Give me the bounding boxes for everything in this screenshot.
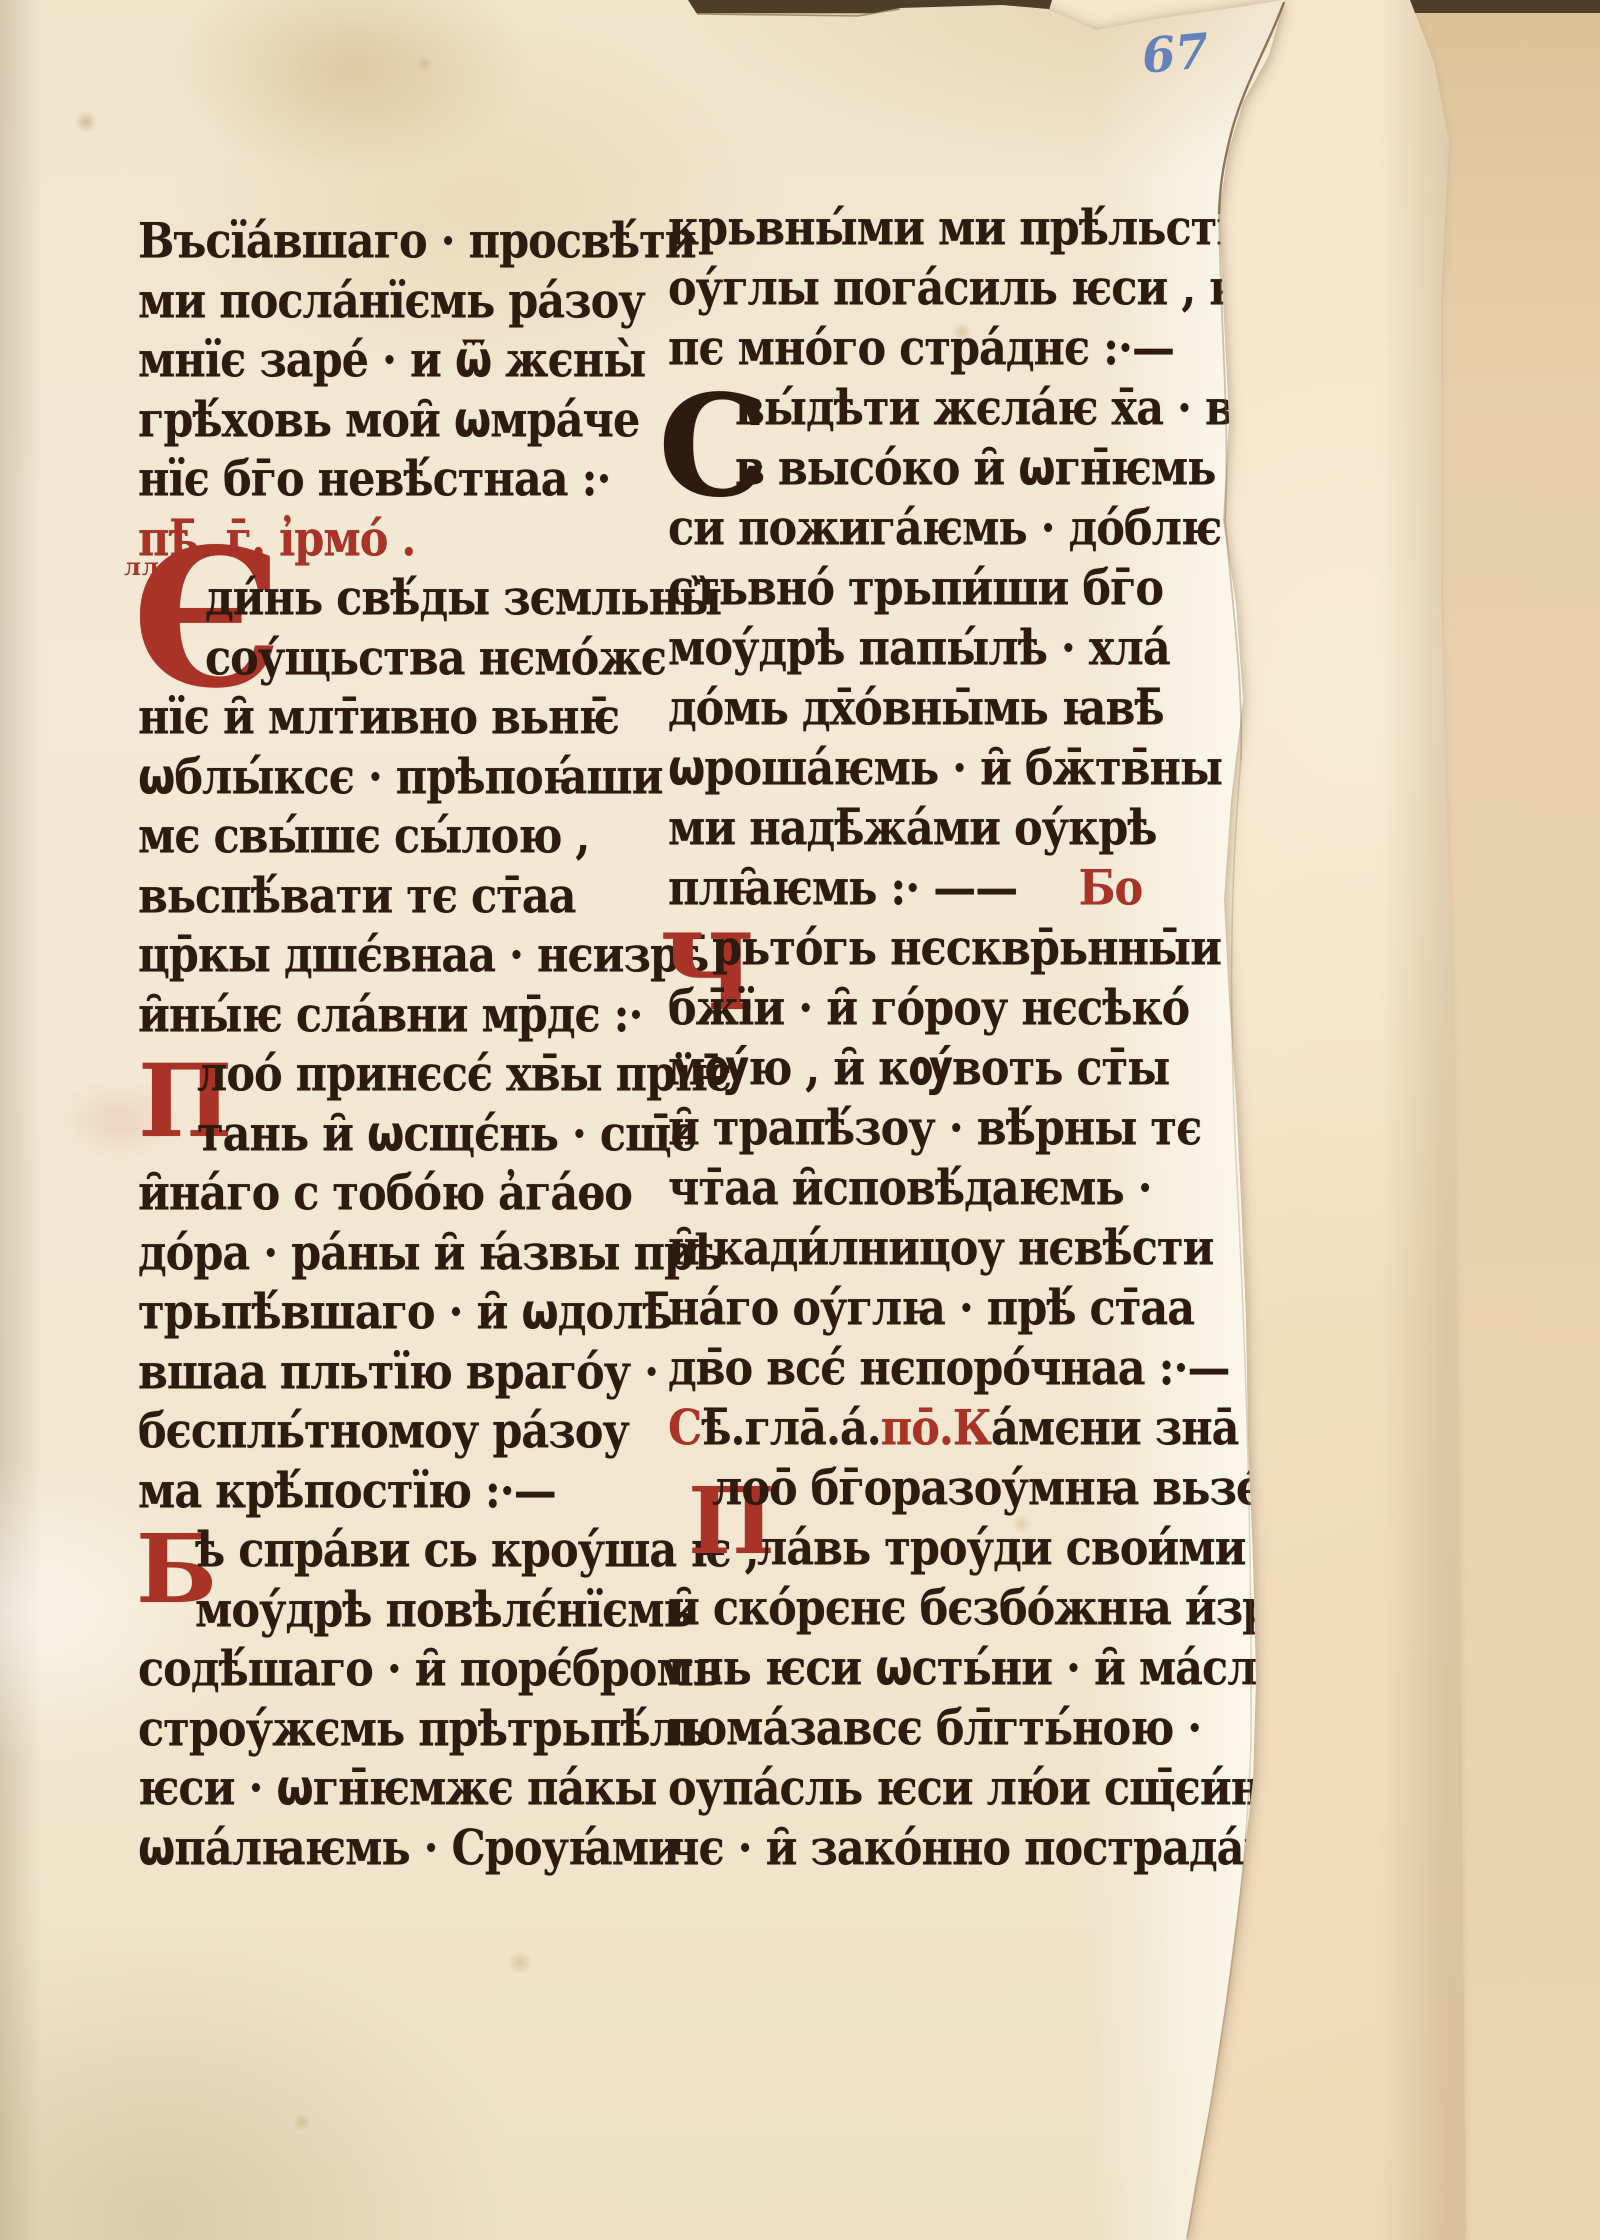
ink-text: оупа́сль ѥси лю́и сщ̄єи́ни [668, 1760, 1292, 1817]
text-line: грѣ́ховь мои̑ ѡмра́че [138, 393, 678, 453]
text-line: ми посла́нїємь ра́зоу [138, 274, 678, 334]
text-line: оупа́сль ѥси лю́и сщ̄єи́ни [668, 1760, 1246, 1820]
text-line: трьпѣ́вшаго · и̑ ѡдолѣ̄ [138, 1285, 678, 1345]
ink-text: ѥси · ѡгн̄ѥмжє па́кы [138, 1760, 656, 1817]
manuscript-leaf-wrap: 67 лл ЄПБВъсїа́вшаго · просвѣ́тими посла… [0, 0, 1600, 2240]
ink-text: нїє бг̄о невѣ́стнаа :· [138, 451, 610, 508]
text-line: и̑ ско́рєнє бєзбо́жнꙗ и́зрь [668, 1580, 1246, 1640]
text-line: соу́щьства нємо́жє [138, 631, 678, 691]
text-line: ди́нь свѣ́ды зємльны̏ [138, 571, 678, 631]
ink-text: моу́дрѣ папы́лѣ · хла́ [668, 620, 1170, 677]
ink-text: нїє и̑ млт̄ивно вьнѥ̄ [138, 689, 619, 746]
ink-text: крьвны́ми ми прѣ́льстнїє [668, 200, 1287, 257]
text-line: мнїє заре́ · и ѿ жєны̀ [138, 333, 678, 393]
rubric-text: С [668, 1400, 701, 1457]
text-line: и̑ трапѣ́зоу · вѣ́рны тє [668, 1100, 1246, 1160]
ink-text: оу́глы пога́силь ѥси , ка́р [668, 260, 1295, 317]
text-line: ѡпа́лꙗѥмь · Сроуꙗ́ми [138, 1821, 678, 1881]
text-line: гль ѥси ѡсть́ни · и̑ ма́слїю [668, 1640, 1246, 1700]
text-line: мє свы́шє сы́лою , [138, 809, 678, 869]
text-line: моу́дрѣ повѣлє́нїємь [138, 1583, 678, 1643]
text-line: в высо́ко и̑ ѡгн̄ѥмь прь [668, 440, 1246, 500]
ink-text: ѡблы́ксє · прѣпоꙗ́ши [138, 749, 663, 806]
text-line: моу́дрѣ папы́лѣ · хла́ [668, 620, 1246, 680]
text-line: цр̄кы дшє́внаа · нєизрѣ̄ [138, 928, 678, 988]
text-line: пѣ̄. г̄. і̓рмо́ . [138, 512, 678, 572]
ink-text: мє свы́шє сы́лою , [138, 808, 589, 865]
rubric-text: по̄. [881, 1400, 953, 1457]
text-line: до́ра · ра́ны и̑ ꙗ́звы прѣ [138, 1226, 678, 1286]
ink-text: пома́завсє бл̄гть́ною · [668, 1700, 1201, 1757]
ink-text: а́мєни зна̄ :·— [991, 1400, 1323, 1457]
ink-text: си пожига́ѥмь · до́блѥ [668, 500, 1221, 557]
text-line: вьспѣ́вати тє ст̄аа [138, 869, 678, 929]
text-line: лоо̄ бг̄оразоу́мнꙗ вьзє́ [668, 1460, 1246, 1520]
text-line: строу́жємь прѣтрьпѣ́ль [138, 1702, 678, 1762]
ink-text: чє · и̑ зако́нно пострада́вь [668, 1820, 1301, 1877]
text-line: крьвны́ми ми прѣ́льстнїє [668, 200, 1246, 260]
ink-text: до́мь дх̄о́вны̄мь ꙗвѣ̄ [668, 680, 1164, 737]
text-line: пє мно́го стра́днє :·— [668, 320, 1246, 380]
text-line: ѥси · ѡгн̄ѥмжє па́кы [138, 1761, 678, 1821]
text-line: нїє и̑ млт̄ивно вьнѥ̄ [138, 690, 678, 750]
text-line: Сѣ̄.гла̄.а́.по̄.Ка́мєни зна̄ :·— [668, 1400, 1246, 1460]
ink-text: ми надѣ̄жа́ми оу́крѣ [668, 800, 1157, 857]
ink-text: строу́жємь прѣтрьпѣ́ль [138, 1701, 707, 1758]
text-line: нїє бг̄о невѣ́стнаа :· [138, 452, 678, 512]
ink-text: Въсїа́вшаго · просвѣ́ти [138, 213, 696, 270]
ink-text: и̑ трапѣ́зоу · вѣ́рны тє [668, 1100, 1201, 1157]
text-line: бєспль́тномоу ра́зоу [138, 1404, 678, 1464]
manuscript-leaf: 67 лл ЄПБВъсїа́вшаго · просвѣ́тими посла… [0, 0, 1600, 2240]
ink-text: ма крѣ́постїю :·— [138, 1463, 556, 1520]
text-line: дв̄о всє́ нєпоро́чнаа :·— [668, 1340, 1246, 1400]
text-line: и̑на́го с тобо́ю а̓га́ѳо [138, 1166, 678, 1226]
text-line: си пожига́ѥмь · до́блѥ [668, 500, 1246, 560]
ink-text: плꙗ̑ѥмь :· —— [668, 860, 1017, 917]
ink-text: ла́вь троу́ди свои́ми · [757, 1520, 1273, 1577]
text-line: бж̄їи · и̑ го́роу нєсѣко́ [668, 980, 1246, 1040]
text-line: плꙗ̑ѥмь :· —— Бо [668, 860, 1246, 920]
text-line: ѡблы́ксє · прѣпоꙗ́ши [138, 750, 678, 810]
text-line: Въсїа́вшаго · просвѣ́ти [138, 214, 678, 274]
ink-text: мѹ́ю , и̑ кѹ́воть ст̄ы [668, 1040, 1169, 1097]
ink-text: трьпѣ́вшаго · и̑ ѡдолѣ̄ [138, 1284, 672, 1341]
ink-text: бж̄їи · и̑ го́роу нєсѣко́ [668, 980, 1189, 1037]
ink-text: и̑ кади́лницоу нєвѣ́сти [668, 1220, 1213, 1277]
text-line: ѡроша́ѥмь · и̑ бж̄тв̄ны [668, 740, 1246, 800]
ink-text: ми посла́нїємь ра́зоу [138, 273, 645, 330]
text-line: ми надѣ̄жа́ми оу́крѣ [668, 800, 1246, 860]
ink-text: рьто́гь нєсквр̄ьнны̄и [712, 920, 1221, 977]
ink-text: ди́нь свѣ́ды зємльны̏ [205, 570, 721, 627]
ink-text: цр̄кы дшє́внаа · нєизрѣ̄ [138, 927, 708, 984]
text-line: чє · и̑ зако́нно пострада́вь [668, 1820, 1246, 1880]
ink-text: гль ѥси ѡсть́ни · и̑ ма́слїю [668, 1640, 1315, 1697]
text-line: стьвно́ трьпи́ши бг̄о [668, 560, 1246, 620]
ink-text: на́го оу́глꙗ · прѣ́ ст̄аа [668, 1280, 1194, 1337]
text-line: пома́завсє бл̄гть́ною · [668, 1700, 1246, 1760]
ink-text: пє мно́го стра́днє :·— [668, 320, 1174, 377]
ink-text: и̑на́го с тобо́ю а̓га́ѳо [138, 1165, 632, 1222]
ink-text: в высо́ко и̑ ѡгн̄ѥмь прь [735, 440, 1317, 497]
ink-text: вы́дѣти жєла́ѥ х̄а · ви́сє [735, 380, 1315, 437]
rubric-text: К [953, 1400, 991, 1457]
ink-text: лоо̄ бг̄оразоу́мнꙗ вьзє́ [712, 1460, 1261, 1517]
text-line: ма крѣ́постїю :·— [138, 1464, 678, 1524]
folio-number: 67 [1140, 23, 1211, 85]
text-column-right: СЧПкрьвны́ми ми прѣ́льстнїєоу́глы пога́с… [668, 200, 1246, 1880]
rubric-text: Бо [1017, 860, 1142, 917]
text-line: на́го оу́глꙗ · прѣ́ ст̄аа [668, 1280, 1246, 1340]
ink-text: тань и̑ ѡсщє́нь · сщ̄є [197, 1106, 696, 1163]
ink-text: соу́щьства нємо́жє [205, 630, 666, 687]
ink-text: ѡпа́лꙗѥмь · Сроуꙗ́ми [138, 1820, 679, 1877]
ink-text: дв̄о всє́ нєпоро́чнаа :·— [668, 1340, 1229, 1397]
text-line: до́мь дх̄о́вны̄мь ꙗвѣ̄ [668, 680, 1246, 740]
text-line: мѹ́ю , и̑ кѹ́воть ст̄ы [668, 1040, 1246, 1100]
text-line: тань и̑ ѡсщє́нь · сщ̄є [138, 1107, 678, 1167]
ink-text: мнїє заре́ · и ѿ жєны̀ [138, 332, 645, 389]
text-line: и̑ кади́лницоу нєвѣ́сти [668, 1220, 1246, 1280]
ink-text: содѣ́шаго · и̑ порє́бромь [138, 1641, 721, 1698]
ink-text: чт̄аа и̑сповѣ́даѥмь · [668, 1160, 1152, 1217]
rubric-text: пѣ̄. г̄. і̓рмо́ . [138, 511, 415, 568]
ink-text: вьспѣ́вати тє ст̄аа [138, 868, 576, 925]
manuscript-photo: 67 лл ЄПБВъсїа́вшаго · просвѣ́тими посла… [0, 0, 1600, 2240]
text-column-left: ЄПБВъсїа́вшаго · просвѣ́тими посла́нїємь… [138, 214, 678, 1880]
ink-text: бєспль́тномоу ра́зоу [138, 1403, 629, 1460]
ink-text: моу́дрѣ повѣлє́нїємь [195, 1582, 692, 1639]
ink-text: до́ра · ра́ны и̑ ꙗ́звы прѣ [138, 1225, 722, 1282]
ink-text: стьвно́ трьпи́ши бг̄о [668, 560, 1163, 617]
text-line: чт̄аа и̑сповѣ́даѥмь · [668, 1160, 1246, 1220]
text-line: вшаа пльтїю враго́у · [138, 1345, 678, 1405]
text-line: лоо́ принєсє́ хв̄ы прїѥ̄ [138, 1047, 678, 1107]
ink-text: вшаа пльтїю враго́у · [138, 1344, 658, 1401]
ink-text: и̑ ско́рєнє бєзбо́жнꙗ и́зрь [668, 1580, 1299, 1637]
text-line: и̑ны́ѥ сла́вни мр̄дє :· [138, 988, 678, 1048]
ink-text: ѣ̄.гла̄.а́. [701, 1400, 881, 1457]
ink-text: ѡроша́ѥмь · и̑ бж̄тв̄ны [668, 740, 1222, 797]
text-line: рьто́гь нєсквр̄ьнны̄и [668, 920, 1246, 980]
ink-text: грѣ́ховь мои̑ ѡмра́че [138, 392, 639, 449]
text-line: вы́дѣти жєла́ѥ х̄а · ви́сє [668, 380, 1246, 440]
text-line: оу́глы пога́силь ѥси , ка́р [668, 260, 1246, 320]
text-line: содѣ́шаго · и̑ порє́бромь [138, 1642, 678, 1702]
ink-text: лоо́ принєсє́ хв̄ы прїѥ̄ [197, 1046, 731, 1103]
ink-text: и̑ны́ѥ сла́вни мр̄дє :· [138, 987, 643, 1044]
text-line: ѣ спра́ви сь кроу́ша ѥ̄ , [138, 1523, 678, 1583]
